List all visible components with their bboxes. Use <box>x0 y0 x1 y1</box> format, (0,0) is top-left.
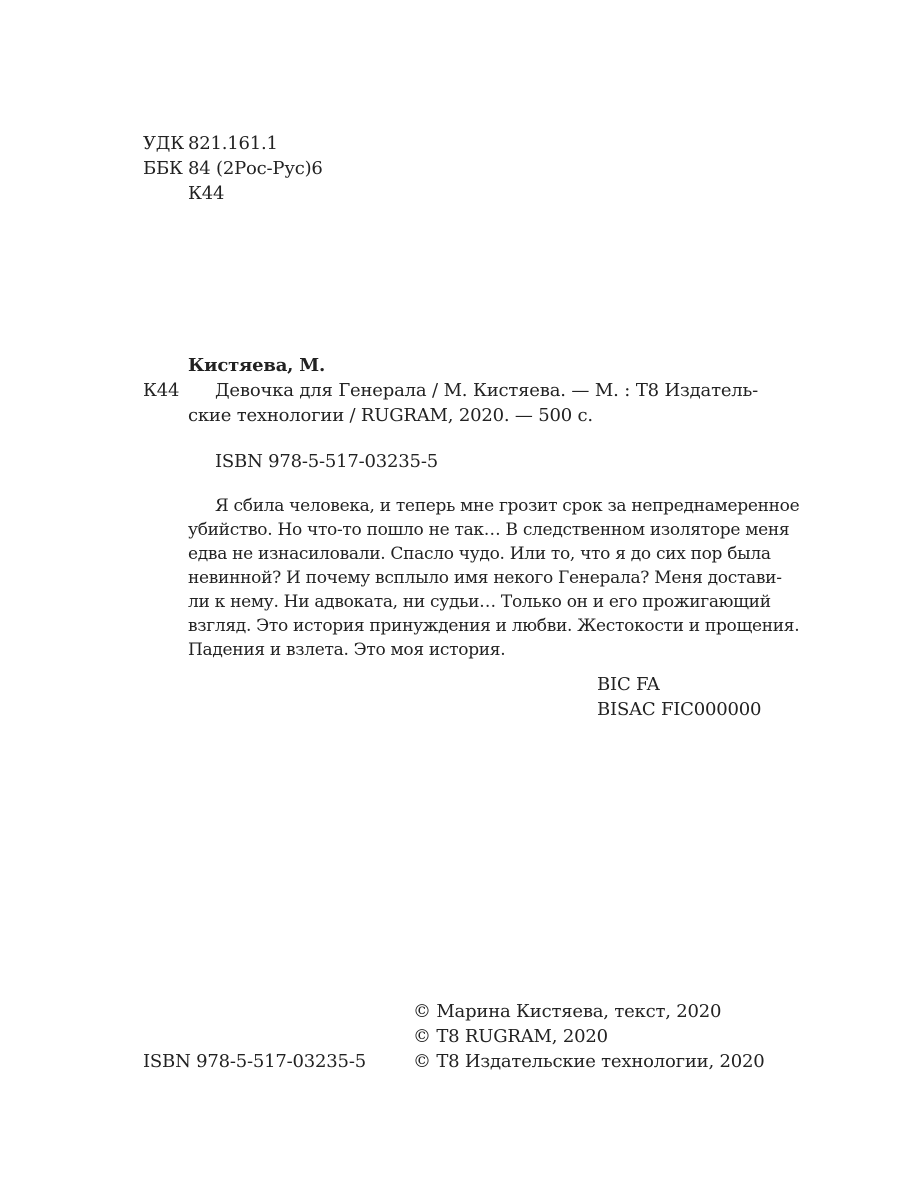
record-author-mark: К44 <box>143 379 179 403</box>
copyright-page: УДК 821.161.1 ББК 84 (2Рос-Рус)6 К44 Кис… <box>0 0 900 1200</box>
abstract-line: Я сбила человека, и теперь мне грозит ср… <box>188 494 758 518</box>
udk-label: УДК <box>143 132 184 156</box>
abstract-line: взгляд. Это история принуждения и любви.… <box>188 614 758 638</box>
abstract-line: Падения и взлета. Это моя история. <box>188 638 758 662</box>
abstract-line: невинной? И почему всплыло имя некого Ге… <box>188 566 758 590</box>
abstract-paragraph: Я сбила человека, и теперь мне грозит ср… <box>188 494 758 662</box>
title-description-line-2: ские технологии / RUGRAM, 2020. — 500 с. <box>188 404 593 428</box>
author-mark: К44 <box>188 182 224 206</box>
copyright-author: © Марина Кистяева, текст, 2020 <box>413 1000 721 1024</box>
udk-value: 821.161.1 <box>188 132 278 156</box>
copyright-publisher: © Т8 Издательские технологии, 2020 <box>413 1050 765 1074</box>
bisac-code: BISAC FIC000000 <box>597 698 761 722</box>
imprint-isbn: ISBN 978-5-517-03235-5 <box>143 1050 366 1074</box>
abstract-line: убийство. Но что-то пошло не так… В след… <box>188 518 758 542</box>
record-isbn: ISBN 978-5-517-03235-5 <box>215 450 438 474</box>
copyright-rugram: © Т8 RUGRAM, 2020 <box>413 1025 608 1049</box>
bbk-label: ББК <box>143 157 183 181</box>
bic-code: BIC FA <box>597 673 660 697</box>
abstract-line: едва не изнасиловали. Спасло чудо. Или т… <box>188 542 758 566</box>
title-description-line-1: Девочка для Генерала / М. Кистяева. — М.… <box>215 379 758 403</box>
bbk-value: 84 (2Рос-Рус)6 <box>188 157 323 181</box>
author-heading: Кистяева, М. <box>188 354 325 378</box>
abstract-line: ли к нему. Ни адвоката, ни судьи… Только… <box>188 590 758 614</box>
